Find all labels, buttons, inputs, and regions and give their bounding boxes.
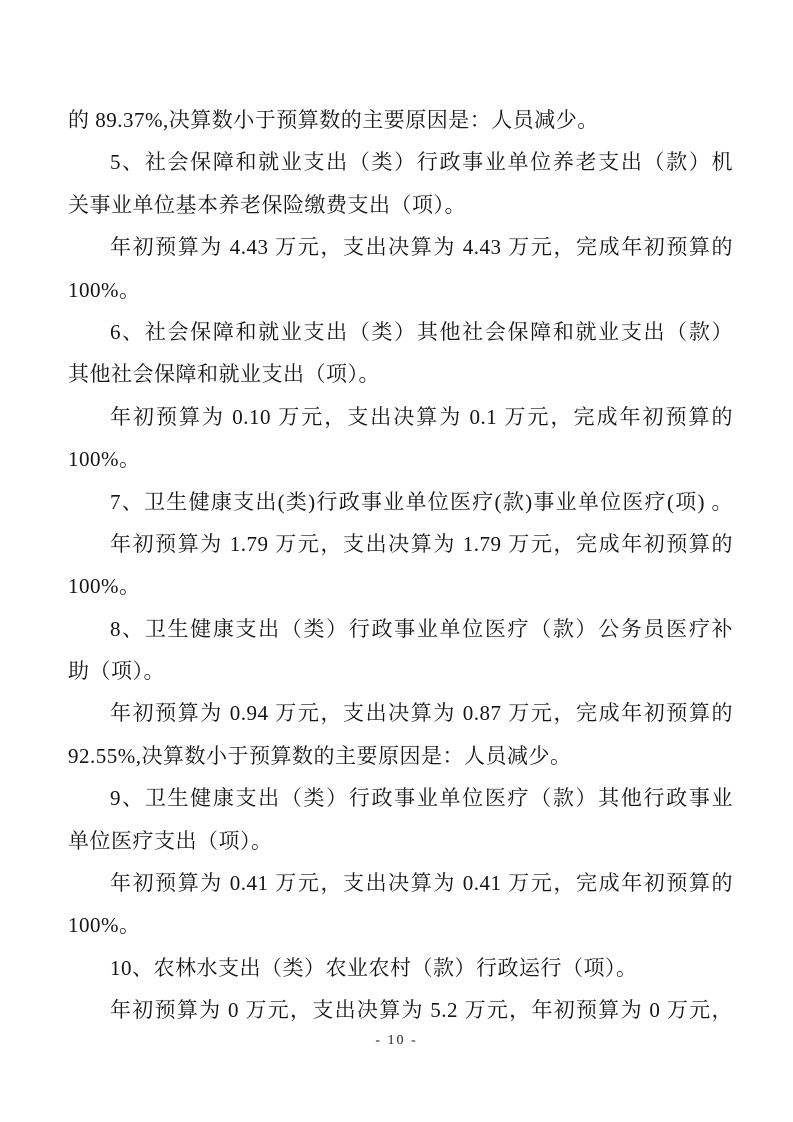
doc-line: 7、卫生健康支出(类)行政事业单位医疗(款)事业单位医疗(项) 。 [68,481,733,523]
doc-line: 助（项）。 [68,650,733,692]
doc-line: 92.55%,决算数小于预算数的主要原因是：人员减少。 [68,735,733,777]
doc-line: 10、农林水支出（类）农业农村（款）行政运行（项）。 [68,947,733,989]
doc-line: 关事业单位基本养老保险缴费支出（项）。 [68,184,733,226]
doc-line: 年初预算为 1.79 万元，支出决算为 1.79 万元，完成年初预算的 [68,523,733,565]
doc-line: 年初预算为 4.43 万元，支出决算为 4.43 万元，完成年初预算的 [68,226,733,268]
doc-line: 100%。 [68,904,733,946]
doc-line: 100%。 [68,565,733,607]
doc-line: 100%。 [68,438,733,480]
document-body: 的 89.37%,决算数小于预算数的主要原因是：人员减少。 5、社会保障和就业支… [68,99,733,1032]
doc-line: 8、卫生健康支出（类）行政事业单位医疗（款）公务员医疗补 [68,608,733,650]
doc-line: 9、卫生健康支出（类）行政事业单位医疗（款）其他行政事业 [68,777,733,819]
doc-line: 6、社会保障和就业支出（类）其他社会保障和就业支出（款） [68,311,733,353]
page-number: - 10 - [0,1033,793,1049]
document-page: 的 89.37%,决算数小于预算数的主要原因是：人员减少。 5、社会保障和就业支… [0,0,793,1122]
doc-line: 年初预算为 0 万元，支出决算为 5.2 万元，年初预算为 0 万元， [68,989,733,1031]
doc-line: 其他社会保障和就业支出（项）。 [68,353,733,395]
doc-line: 5、社会保障和就业支出（类）行政事业单位养老支出（款）机 [68,141,733,183]
doc-line: 年初预算为 0.10 万元，支出决算为 0.1 万元，完成年初预算的 [68,396,733,438]
doc-line: 年初预算为 0.94 万元，支出决算为 0.87 万元，完成年初预算的 [68,692,733,734]
doc-line: 年初预算为 0.41 万元，支出决算为 0.41 万元，完成年初预算的 [68,862,733,904]
doc-line: 的 89.37%,决算数小于预算数的主要原因是：人员减少。 [68,99,733,141]
doc-line: 100%。 [68,269,733,311]
doc-line: 单位医疗支出（项）。 [68,820,733,862]
